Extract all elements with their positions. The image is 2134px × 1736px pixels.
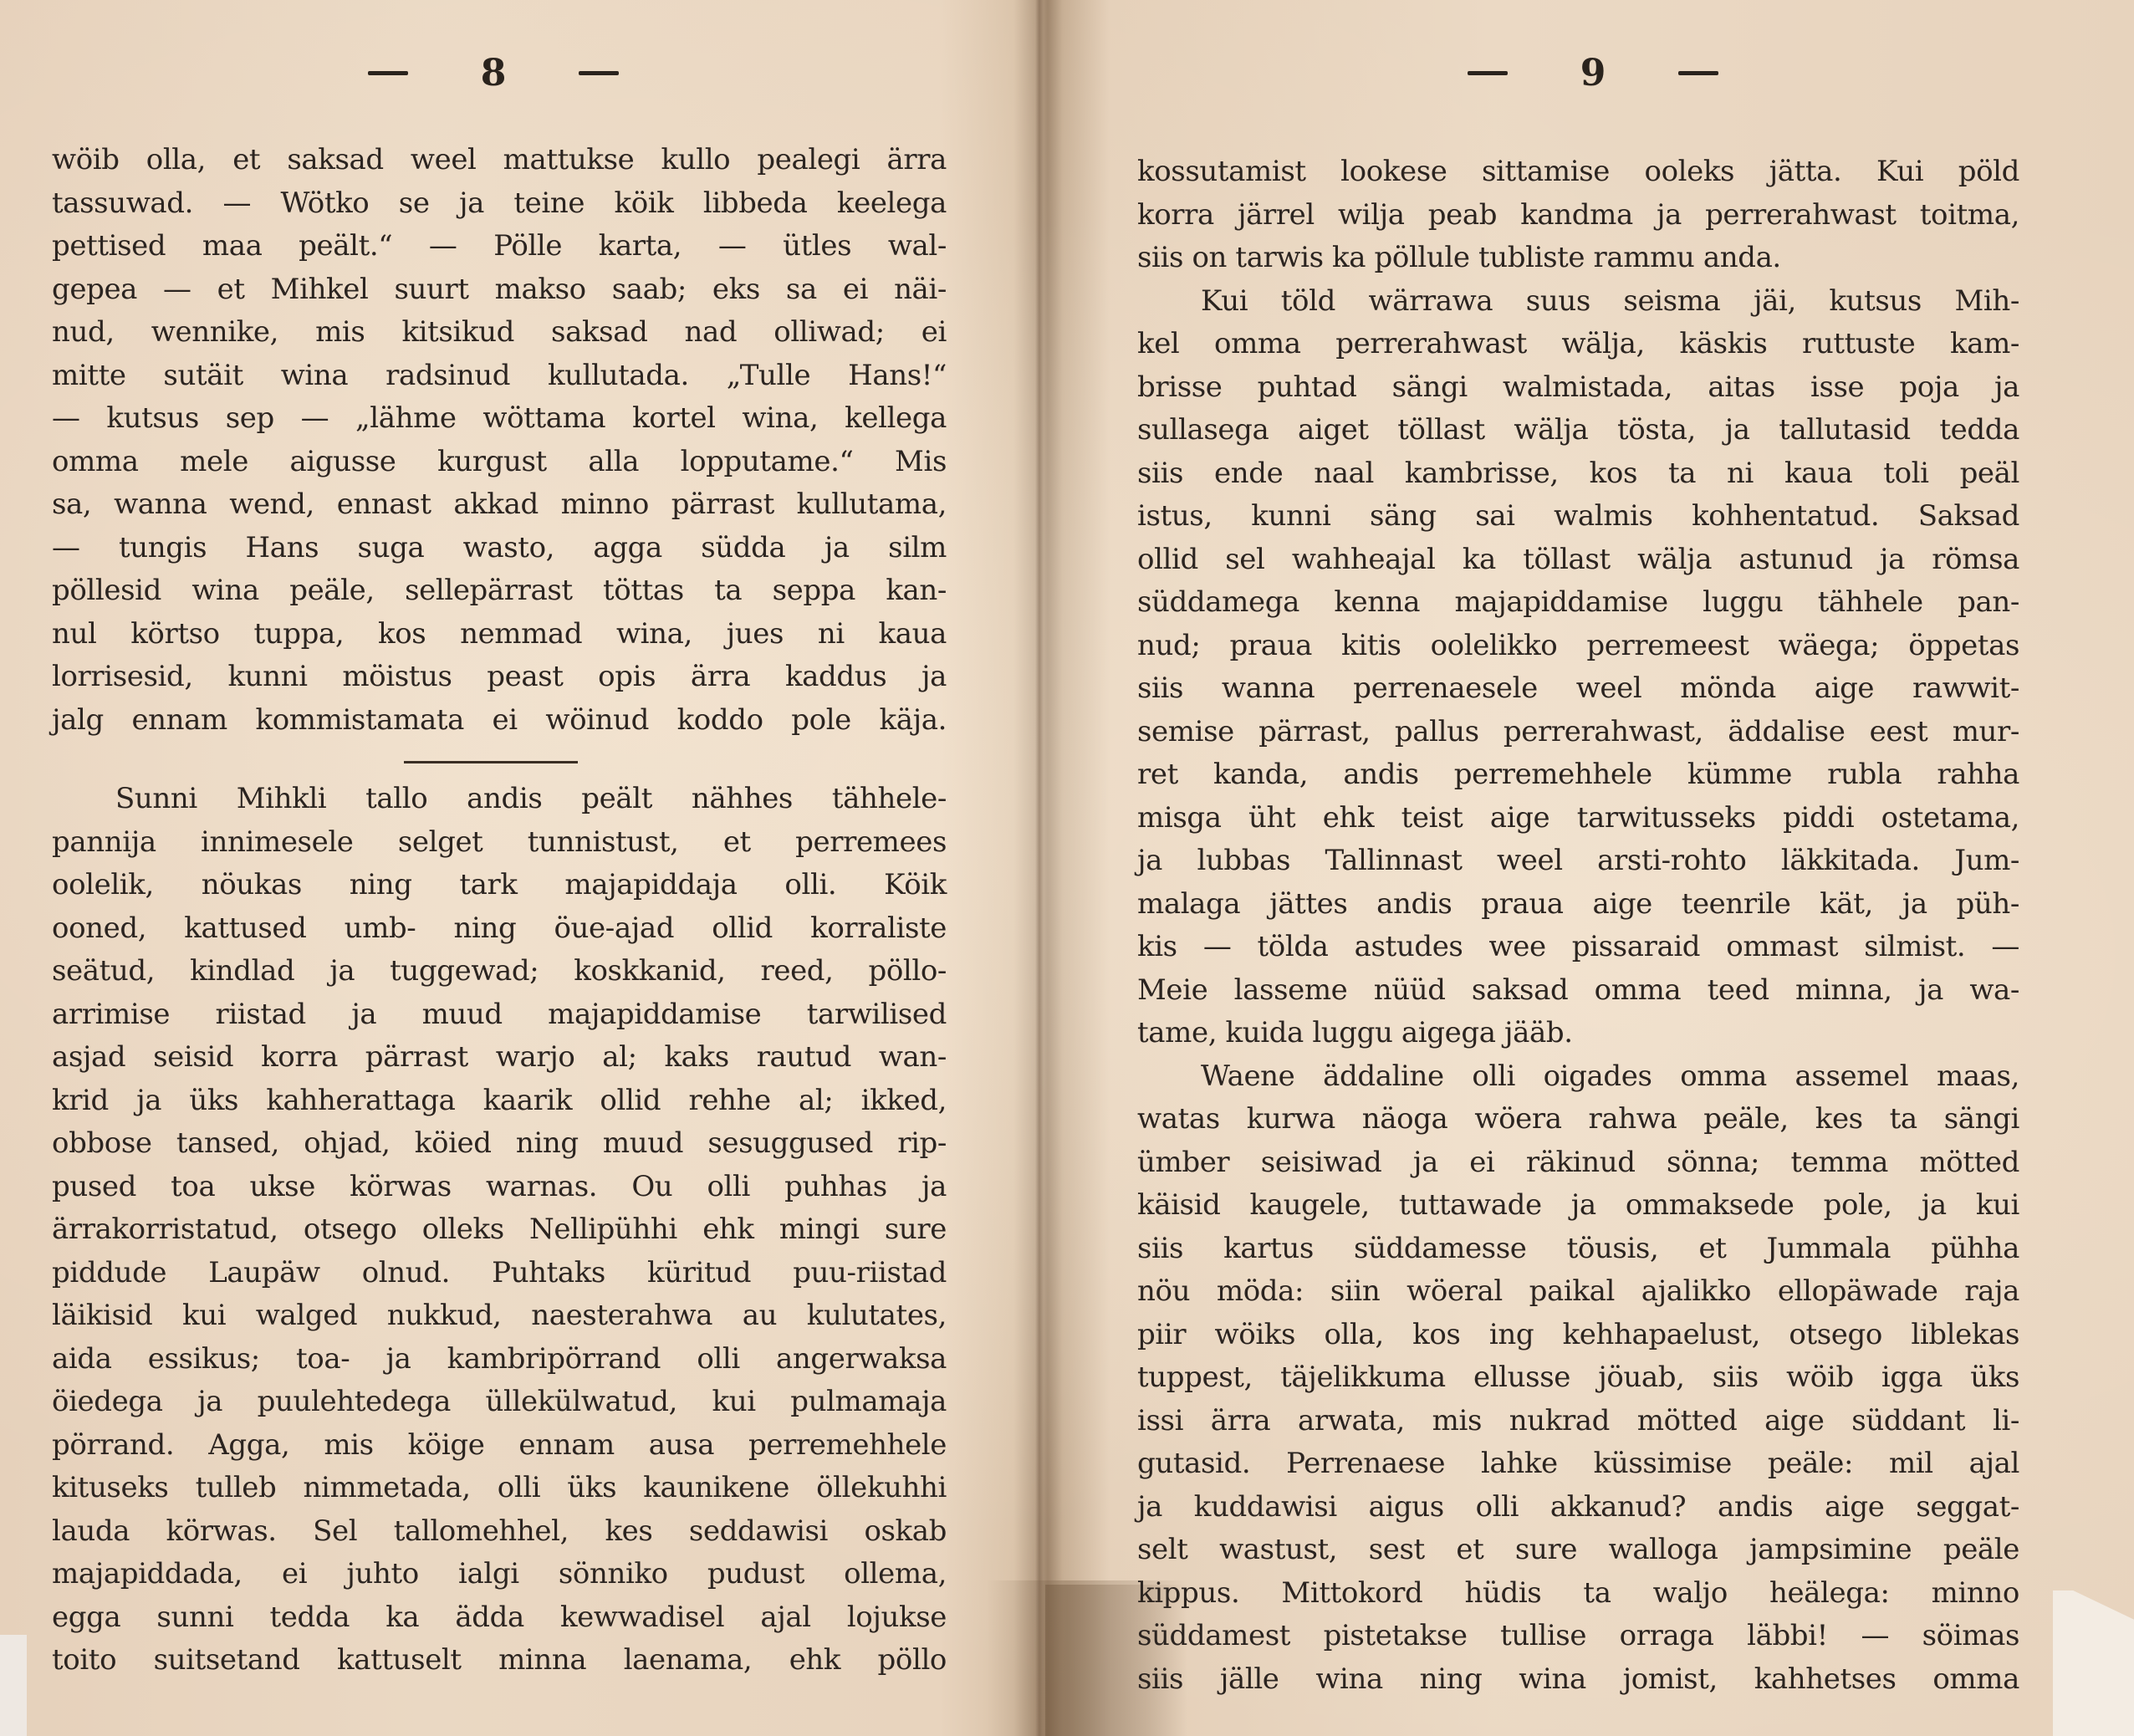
text-line: ärrakorristatud, otsego olleks Nellipühh… xyxy=(52,1208,947,1252)
text-line: süddamega kenna majapiddamise luggu tähh… xyxy=(1137,581,2019,625)
text-line: pannija innimesele selget tunnistust, et… xyxy=(52,821,947,865)
text-line: selt wastust, sest et sure walloga jamps… xyxy=(1137,1529,2019,1572)
book-spread: 8 wöib olla, et saksad weel mattukse kul… xyxy=(0,0,2134,1736)
text-line: kituseks tulleb nimmetada, olli üks kaun… xyxy=(52,1467,947,1510)
text-line: lauda körwas. Sel tallomehhel, kes sedda… xyxy=(52,1510,947,1554)
text-line: istus, kunni säng sai walmis kohhentatud… xyxy=(1137,495,2019,539)
text-line: kossutamist lookese sittamise ooleks jät… xyxy=(1137,151,2019,194)
text-line: ümber seisiwad ja ei räkinud sönna; temm… xyxy=(1137,1141,2019,1185)
text-line: aida essikus; toa- ja kambripörrand olli… xyxy=(52,1338,947,1381)
text-line: korra järrel wilja peab kandma ja perrer… xyxy=(1137,194,2019,237)
text-section-1: wöib olla, et saksad weel mattukse kullo… xyxy=(52,139,947,742)
text-line: malaga jättes andis praua aige teenrile … xyxy=(1137,883,2019,927)
text-line: oolelik, nöukas ning tark majapiddaja ol… xyxy=(52,864,947,907)
text-line: krid ja üks kahherattaga kaarik ollid re… xyxy=(52,1080,947,1123)
dash-ornament xyxy=(1678,71,1718,75)
text-line: läikisid kui walged nukkud, naesterahwa … xyxy=(52,1294,947,1338)
text-line: nul körtso tuppa, kos nemmad wina, jues … xyxy=(52,613,947,656)
text-line: pöllesid wina peäle, sellepärrast töttas… xyxy=(52,569,947,613)
text-line: piddude Laupäw olnud. Puhtaks küritud pu… xyxy=(52,1252,947,1295)
text-line: pused toa ukse körwas warnas. Ou olli pu… xyxy=(52,1166,947,1209)
text-line: wöib olla, et saksad weel mattukse kullo… xyxy=(52,139,947,182)
text-line: piir wöiks olla, kos ing kehhapaelust, o… xyxy=(1137,1314,2019,1357)
text-section-2: Sunni Mihkli tallo andis peält nähhes tä… xyxy=(52,778,947,1682)
page-number-header: 9 xyxy=(1468,52,1718,94)
left-page: 8 wöib olla, et saksad weel mattukse kul… xyxy=(0,0,1037,1736)
text-line: tuppest, täjelikkuma ellusse jöuab, siis… xyxy=(1137,1356,2019,1400)
text-line: nöu möda: siin wöeral paikal ajalikko el… xyxy=(1137,1270,2019,1314)
text-line: öiedega ja puulehtedega üllekülwatud, ku… xyxy=(52,1381,947,1424)
page-number: 9 xyxy=(1580,52,1606,94)
text-line: kel omma perrerahwast wälja, käskis rutt… xyxy=(1137,323,2019,366)
text-line: egga sunni tedda ka ädda kewwadisel ajal… xyxy=(52,1596,947,1640)
text-line: süddamest pistetakse tullise orraga läbb… xyxy=(1137,1615,2019,1658)
text-line: brisse puhtad sängi walmistada, aitas is… xyxy=(1137,366,2019,410)
text-line: kis — tölda astudes wee pissaraid ommast… xyxy=(1137,926,2019,969)
text-line: siis jälle wina ning wina jomist, kahhet… xyxy=(1137,1658,2019,1702)
text-line: nud, wennike, mis kitsikud saksad nad ol… xyxy=(52,311,947,355)
text-line: obbose tansed, ohjad, köied ning muud se… xyxy=(52,1122,947,1166)
text-line: mitte sutäit wina radsinud kullutada. „T… xyxy=(52,355,947,398)
text-line: Sunni Mihkli tallo andis peält nähhes tä… xyxy=(52,778,947,821)
text-line: siis on tarwis ka pöllule tubliste rammu… xyxy=(1137,237,2019,280)
text-line: Meie lasseme nüüd saksad omma teed minna… xyxy=(1137,969,2019,1013)
page-number-header: 8 xyxy=(368,52,619,94)
text-line: arrimise riistad ja muud majapiddamise t… xyxy=(52,993,947,1037)
text-line: pörrand. Agga, mis köige ennam ausa perr… xyxy=(52,1424,947,1468)
text-line: nud; praua kitis oolelikko perremeest wä… xyxy=(1137,625,2019,668)
text-line: semise pärrast, pallus perrerahwast, ädd… xyxy=(1137,711,2019,754)
text-line: ollid sel wahheajal ka töllast wälja ast… xyxy=(1137,539,2019,582)
text-line: pettised maa peält.“ — Pölle karta, — üt… xyxy=(52,225,947,268)
text-line: omma mele aigusse kurgust alla lopputame… xyxy=(52,441,947,484)
text-line: sa, wanna wend, ennast akkad minno pärra… xyxy=(52,483,947,527)
text-line: — tungis Hans suga wasto, agga süddа ja … xyxy=(52,527,947,570)
dash-ornament xyxy=(368,71,408,75)
text-line: gepea — et Mihkel suurt makso saab; eks … xyxy=(52,268,947,312)
text-line: siis ende naal kambrisse, kos ta ni kaua… xyxy=(1137,452,2019,496)
text-line: gutasid. Perrenaese lahke küssimise peäl… xyxy=(1137,1442,2019,1486)
right-page: 9 kossutamist lookese sittamise ooleks j… xyxy=(1037,0,2134,1736)
text-line: toito suitsetand kattuselt minna laenama… xyxy=(52,1639,947,1682)
text-line: seätud, kindlad ja tuggewad; koskkanid, … xyxy=(52,950,947,993)
text-body: kossutamist lookese sittamise ooleks jät… xyxy=(1137,151,2019,1701)
text-line: jalg ennam kommistamata ei wöinud koddo … xyxy=(52,699,947,743)
text-line: majapiddada, ei juhto ialgi sönniko pudu… xyxy=(52,1553,947,1596)
section-separator-rule xyxy=(404,761,578,763)
text-line: misga üht ehk teist aige tarwitusseks pi… xyxy=(1137,797,2019,840)
text-line: issi ärra arwata, mis nukrad mötted aige… xyxy=(1137,1400,2019,1443)
text-line: Kui töld wärrawa suus seisma jäi, kutsus… xyxy=(1137,280,2019,324)
text-line: sullasega aiget töllast wälja tösta, ja … xyxy=(1137,409,2019,452)
text-line: siis wanna perrenaesele weel mönda aige … xyxy=(1137,667,2019,711)
text-line: watas kurwa näoga wöera rahwa peäle, kes… xyxy=(1137,1098,2019,1141)
dash-ornament xyxy=(1468,71,1508,75)
text-line: ret kanda, andis perremehhele kümme rubl… xyxy=(1137,753,2019,797)
text-line: ja kuddawisi aigus olli akkanud? andis a… xyxy=(1137,1486,2019,1529)
text-line: ooned, kattused umb- ning öue-ajad ollid… xyxy=(52,907,947,951)
text-line: Waene äddaline olli oigades omma assemel… xyxy=(1137,1055,2019,1099)
text-line: — kutsus sep — „lähme wöttama kortel win… xyxy=(52,397,947,441)
text-line: tassuwad. — Wötko se ja teine köik libbe… xyxy=(52,182,947,226)
text-line: kippus. Mittokord hüdis ta waljo heälega… xyxy=(1137,1572,2019,1616)
text-line: asjad seisid korra pärrast warjo al; kak… xyxy=(52,1036,947,1080)
text-line: ja lubbas Tallinnast weel arsti-rohto lä… xyxy=(1137,840,2019,883)
text-line: lorrisesid, kunni möistus peast opis ärr… xyxy=(52,656,947,699)
text-line: käisid kaugele, tuttawade ja ommaksede p… xyxy=(1137,1184,2019,1228)
dash-ornament xyxy=(579,71,619,75)
page-number: 8 xyxy=(481,52,507,94)
text-line: tame, kuida luggu aigega jääb. xyxy=(1137,1012,2019,1055)
text-line: siis kartus süddamesse töusis, et Jummal… xyxy=(1137,1228,2019,1271)
